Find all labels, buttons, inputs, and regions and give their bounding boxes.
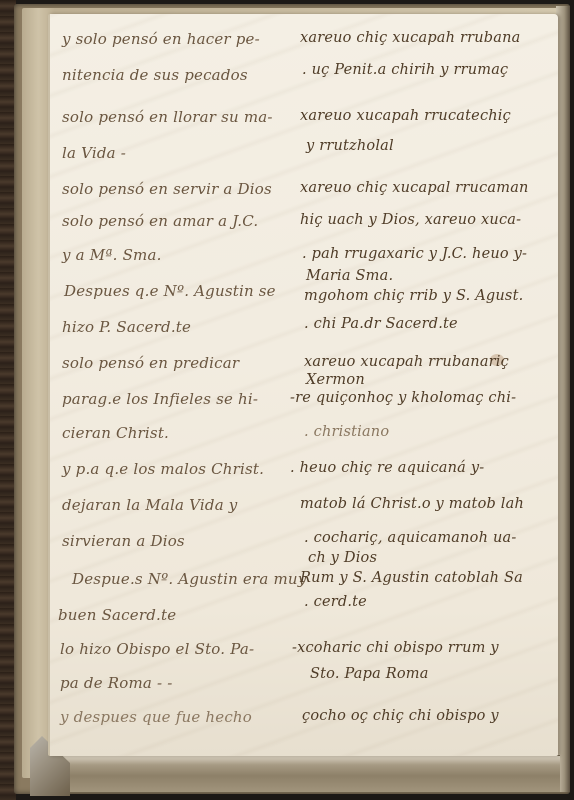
native-language-line: ch y Dios — [308, 550, 377, 566]
spanish-line: lo hizo Obispo el Sto. Pa- — [60, 640, 254, 658]
spanish-line: nitencia de sus pecados — [62, 66, 248, 84]
native-language-line: Xermon — [306, 372, 365, 388]
native-language-line: . christiano — [304, 424, 389, 440]
native-language-line: hiç uach y Dios, xareuo xuca- — [300, 212, 521, 228]
native-language-line: Maria Sma. — [306, 268, 393, 284]
spanish-line: cieran Christ. — [62, 424, 169, 442]
manuscript-scan: y solo pensó en hacer pe- nitencia de su… — [0, 0, 574, 800]
spanish-line: Despue.s Nº. Agustin era muy — [72, 570, 306, 588]
native-language-line: . cochariç, aquicamanoh ua- — [304, 530, 516, 546]
spanish-line: y despues que fue hecho — [60, 708, 252, 726]
spanish-line: Despues q.e Nº. Agustin se — [64, 282, 276, 300]
native-language-line: y rrutzholal — [306, 138, 394, 154]
spanish-line: solo pensó en predicar — [62, 354, 239, 372]
spanish-line: sirvieran a Dios — [62, 532, 185, 550]
spanish-line: hizo P. Sacerd.te — [62, 318, 191, 336]
spanish-line: pa de Roma - - — [60, 674, 173, 692]
spanish-line: y a Mª. Sma. — [62, 246, 162, 264]
native-language-line: -re quiçonhoç y kholomaç chi- — [290, 390, 516, 406]
native-language-line: xareuo chiç xucapah rrubana — [300, 30, 521, 46]
native-language-line: mgohom chiç rrib y S. Agust. — [304, 288, 523, 304]
native-language-line: -xcoharic chi obispo rrum y — [292, 640, 499, 656]
native-language-line: Sto. Papa Roma — [310, 666, 429, 682]
spanish-line: solo pensó en amar a J.C. — [62, 212, 258, 230]
native-language-line: . chi Pa.dr Sacerd.te — [304, 316, 458, 332]
native-language-line: Rum y S. Agustin catoblah Sa — [300, 570, 523, 586]
manuscript-page: y solo pensó en hacer pe- nitencia de su… — [48, 14, 558, 756]
native-language-line: xareuo xucapah rrucatechiç — [300, 108, 511, 124]
spanish-line: dejaran la Mala Vida y — [62, 496, 238, 514]
native-language-line: . pah rrugaxaric y J.C. heuo y- — [302, 246, 527, 262]
native-language-line: çocho oç chiç chi obispo y — [302, 708, 499, 724]
page-stack-bottom-edge — [48, 755, 560, 792]
native-language-line: . cerd.te — [304, 594, 367, 610]
native-language-line: xareuo xucapah rrubanariç — [304, 354, 509, 370]
spanish-line: y p.a q.e los malos Christ. — [62, 460, 264, 478]
spanish-line: la Vida - — [62, 144, 126, 162]
native-language-line: matob lá Christ.o y matob lah — [300, 496, 524, 512]
spanish-line: parag.e los Infieles se hi- — [62, 390, 258, 408]
spanish-line: solo pensó en llorar su ma- — [62, 108, 273, 126]
native-language-line: xareuo chiç xucapal rrucaman — [300, 180, 529, 196]
spanish-line: solo pensó en servir a Dios — [62, 180, 272, 198]
page-right-edge — [556, 6, 570, 792]
native-language-line: . uç Penit.a chirih y rrumaç — [302, 62, 508, 78]
spanish-line: y solo pensó en hacer pe- — [62, 30, 260, 48]
native-language-line: . heuo chiç re aquicaná y- — [290, 460, 484, 476]
spanish-line: buen Sacerd.te — [58, 606, 176, 624]
